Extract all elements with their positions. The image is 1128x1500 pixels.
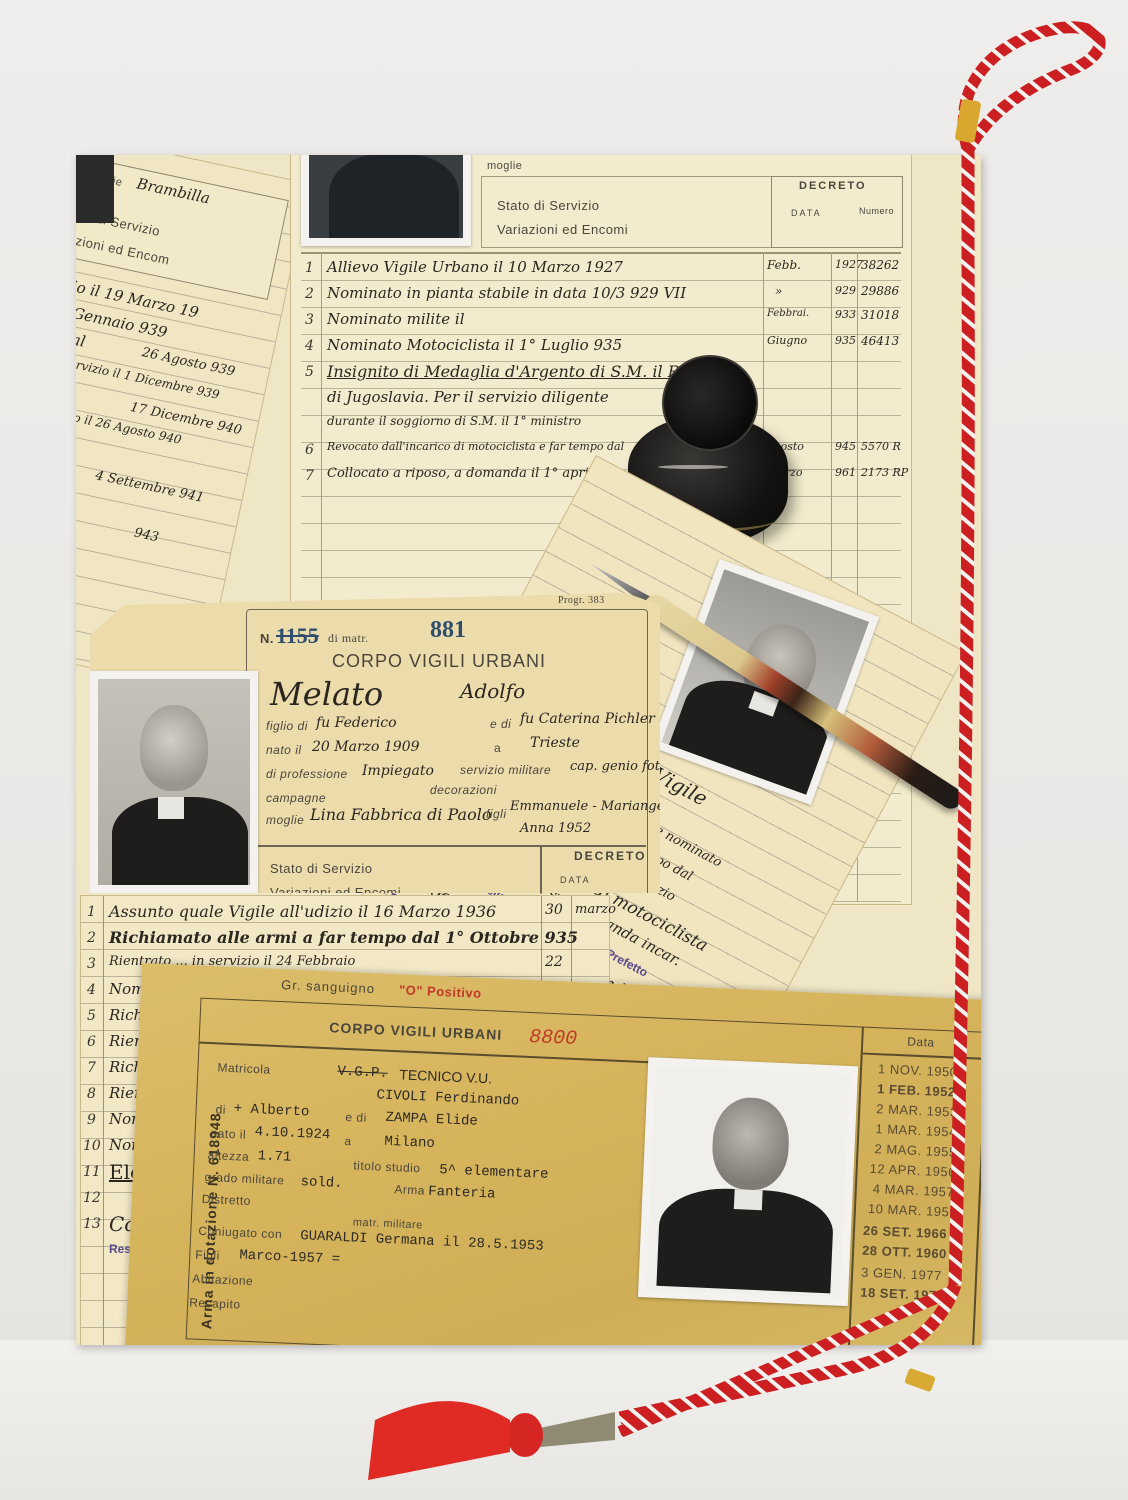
decreto-header: DECRETO xyxy=(799,180,867,192)
top-portrait-photo xyxy=(301,155,471,246)
shelf-surface xyxy=(0,1340,1128,1500)
blood-group-label: Gr. sanguigno xyxy=(281,977,376,996)
height-value: 1.71 xyxy=(257,1148,291,1165)
matricola-prefix: N. xyxy=(260,631,274,646)
variazioni-label: Variazioni ed Encomi xyxy=(497,222,628,237)
birth-place: Milano xyxy=(384,1134,435,1152)
numero-header: Numero xyxy=(859,206,894,216)
children-value-2: Anna 1952 xyxy=(520,821,591,836)
data-column-header: Data xyxy=(907,1034,935,1049)
corpo-header: CORPO VIGILI URBANI xyxy=(332,651,546,672)
melato-record-card: Progr. 383 N. 1155 di matr. 881 CORPO VI… xyxy=(90,593,660,893)
surname: Melato xyxy=(270,675,383,713)
document-folder: moglie Brambilla Stato di Servizio Varia… xyxy=(76,155,981,1345)
card-number: 8800 xyxy=(529,1026,578,1051)
civoli-portrait-photo xyxy=(638,1057,858,1306)
dark-photo-corner xyxy=(76,155,114,223)
profession: Impiegato xyxy=(362,763,434,779)
birth-date: 4.10.1924 xyxy=(254,1124,330,1143)
branch-value: Fanteria xyxy=(428,1184,496,1203)
military-service: cap. genio fot. xyxy=(570,759,664,774)
children-value: Emmanuele - Mariangela - xyxy=(510,799,685,814)
birth-date: 20 Marzo 1909 xyxy=(312,739,420,755)
melato-portrait-photo xyxy=(90,671,258,893)
rank-value: sold. xyxy=(300,1174,343,1192)
wife-value: Lina Fabbrica di Paolo xyxy=(310,805,491,824)
matricola-struck: V.G.P. xyxy=(337,1064,388,1082)
father-value: + Alberto xyxy=(233,1101,309,1120)
civoli-record-card: Gr. sanguigno "O" Positivo Arma in dotaz… xyxy=(125,963,981,1345)
data-header: DATA xyxy=(791,208,822,218)
matricola-new: 881 xyxy=(430,617,466,644)
father-value: fu Federico xyxy=(316,715,397,731)
progr-label: Progr. 383 xyxy=(558,595,605,606)
given-name: Adolfo xyxy=(460,679,525,703)
matricola-suffix: di matr. xyxy=(328,631,369,646)
birth-place: Trieste xyxy=(530,735,580,751)
stato-label: Stato di Servizio xyxy=(497,198,599,213)
mother-value: fu Caterina Pichler xyxy=(520,711,655,727)
blood-group-value: "O" Positivo xyxy=(399,982,482,1001)
moglie-label: moglie xyxy=(487,160,522,172)
matricola-old: 1155 xyxy=(276,623,319,649)
